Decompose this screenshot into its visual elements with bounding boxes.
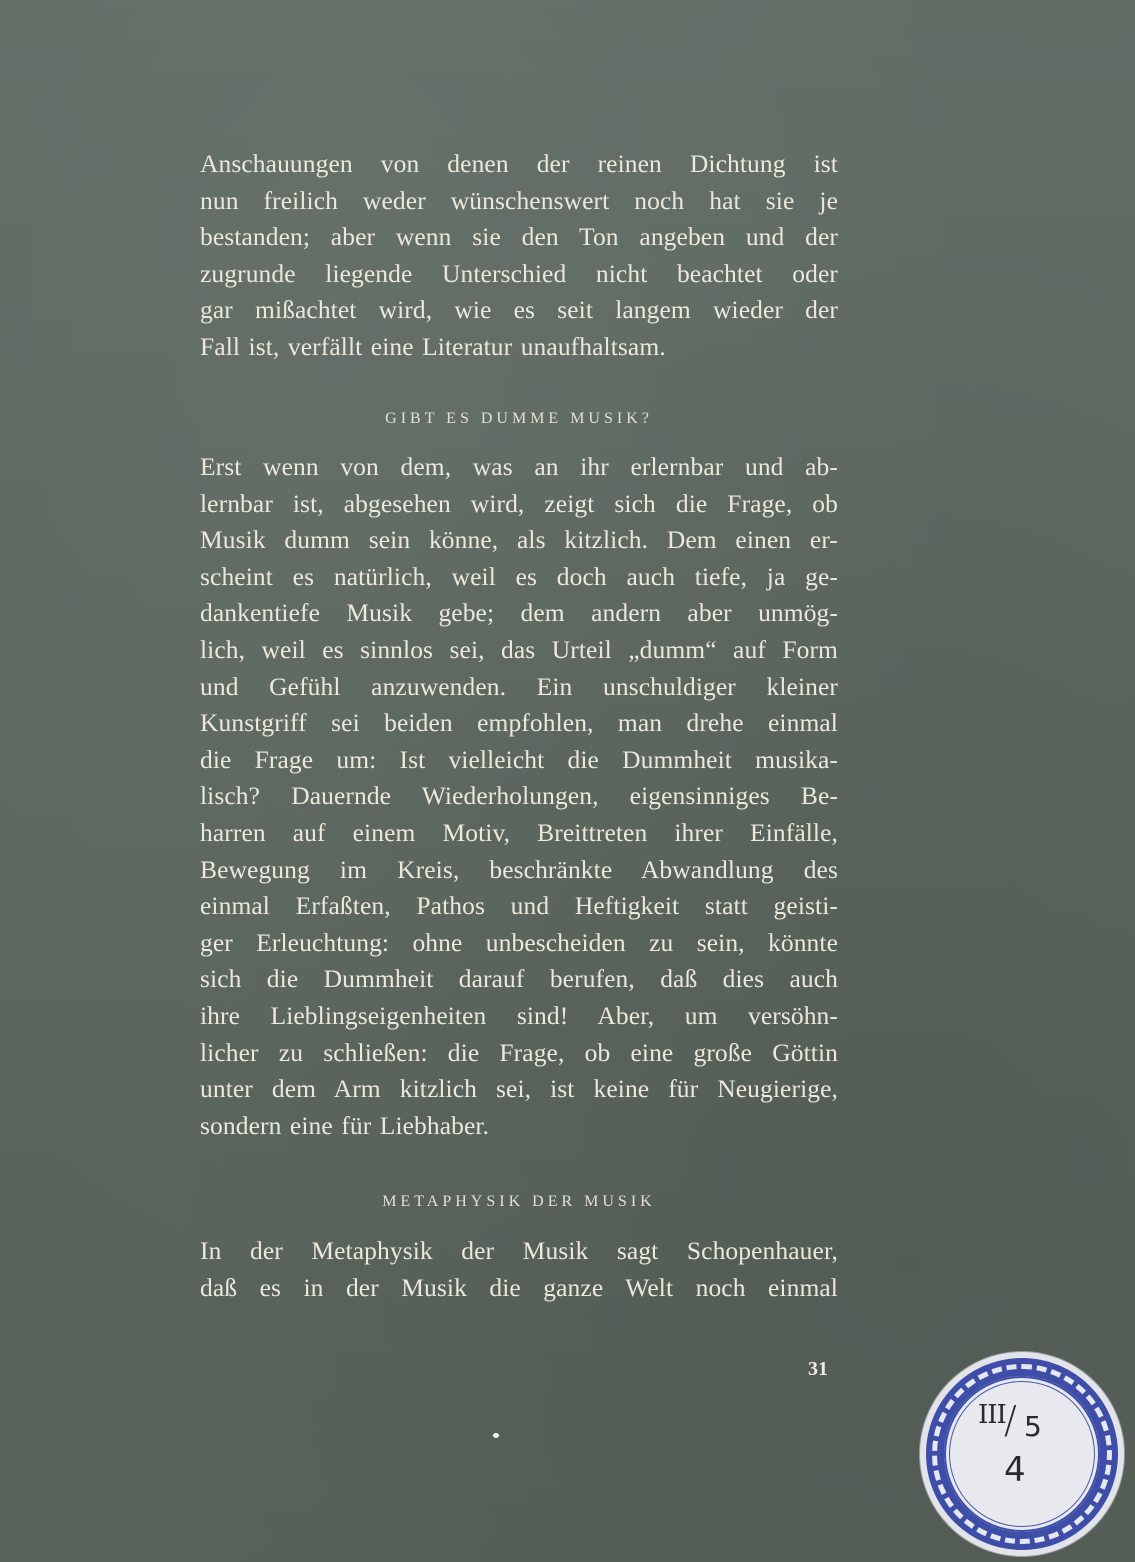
stamp-text: III / 5 4 [920, 1352, 1124, 1556]
text-line: Bewegung im Kreis, beschränkte Abwandlun… [200, 852, 838, 889]
text-line: lernbar ist, abgesehen wird, zeigt sich … [200, 486, 838, 523]
paragraph: Anschauungen von denen der reinen Dichtu… [200, 146, 838, 366]
paragraph-continuation: Anschauungen von denen der reinen Dichtu… [200, 146, 838, 366]
text-line: In der Metaphysik der Musik sagt Schopen… [200, 1233, 838, 1270]
paper-speck [493, 1433, 499, 1438]
paragraph: Erst wenn von dem, was an ihr erlernbar … [200, 449, 838, 1144]
text-line: Anschauungen von denen der reinen Dichtu… [200, 146, 838, 183]
text-line: dankentiefe Musik gebe; dem andern aber … [200, 595, 838, 632]
text-line: die Frage um: Ist vielleicht die Dummhei… [200, 742, 838, 779]
library-stamp: III / 5 4 [920, 1352, 1124, 1556]
paragraph: In der Metaphysik der Musik sagt Schopen… [200, 1233, 838, 1306]
text-line: scheint es natürlich, weil es doch auch … [200, 559, 838, 596]
text-line: gar mißachtet wird, wie es seit langem w… [200, 292, 838, 329]
text-line: lisch? Dauernde Wiederholungen, eigensin… [200, 778, 838, 815]
text-line: Kunstgriff sei beiden empfohlen, man dre… [200, 705, 838, 742]
paragraph-metaphysik: In der Metaphysik der Musik sagt Schopen… [200, 1233, 838, 1306]
stamp-roman-numeral: III [978, 1400, 1006, 1430]
text-line: nun freilich weder wünschenswert noch ha… [200, 183, 838, 220]
text-line: und Gefühl anzuwenden. Ein unschuldiger … [200, 669, 838, 706]
text-line: sondern eine für Liebhaber. [200, 1108, 838, 1145]
stamp-sub-number: 4 [1004, 1450, 1026, 1490]
text-line: zugrunde liegende Unterschied nicht beac… [200, 256, 838, 293]
stamp-number: 5 [1024, 1410, 1042, 1443]
text-line: Musik dumm sein könne, als kitzlich. Dem… [200, 522, 838, 559]
text-line: Erst wenn von dem, was an ihr erlernbar … [200, 449, 838, 486]
page-number: 31 [808, 1358, 828, 1381]
text-line: licher zu schließen: die Frage, ob eine … [200, 1035, 838, 1072]
section-heading-dumme-musik: GIBT ES DUMME MUSIK? [200, 410, 838, 428]
text-line: bestanden; aber wenn sie den Ton angeben… [200, 219, 838, 256]
text-line: lich, weil es sinnlos sei, das Urteil „d… [200, 632, 838, 669]
text-line: Fall ist, verfällt eine Literatur unaufh… [200, 329, 838, 366]
text-line: daß es in der Musik die ganze Welt noch … [200, 1270, 838, 1307]
text-line: ihre Lieblingseigenheiten sind! Aber, um… [200, 998, 838, 1035]
section-heading-metaphysik: METAPHYSIK DER MUSIK [200, 1193, 838, 1211]
paragraph-dumme-musik: Erst wenn von dem, was an ihr erlernbar … [200, 449, 838, 1144]
text-line: harren auf einem Motiv, Breittreten ihre… [200, 815, 838, 852]
text-line: einmal Erfaßten, Pathos und Heftigkeit s… [200, 888, 838, 925]
text-line: unter dem Arm kitzlich sei, ist keine fü… [200, 1071, 838, 1108]
text-line: sich die Dummheit darauf berufen, daß di… [200, 961, 838, 998]
stamp-slash: / [1004, 1398, 1017, 1442]
text-line: ger Erleuchtung: ohne unbescheiden zu se… [200, 925, 838, 962]
